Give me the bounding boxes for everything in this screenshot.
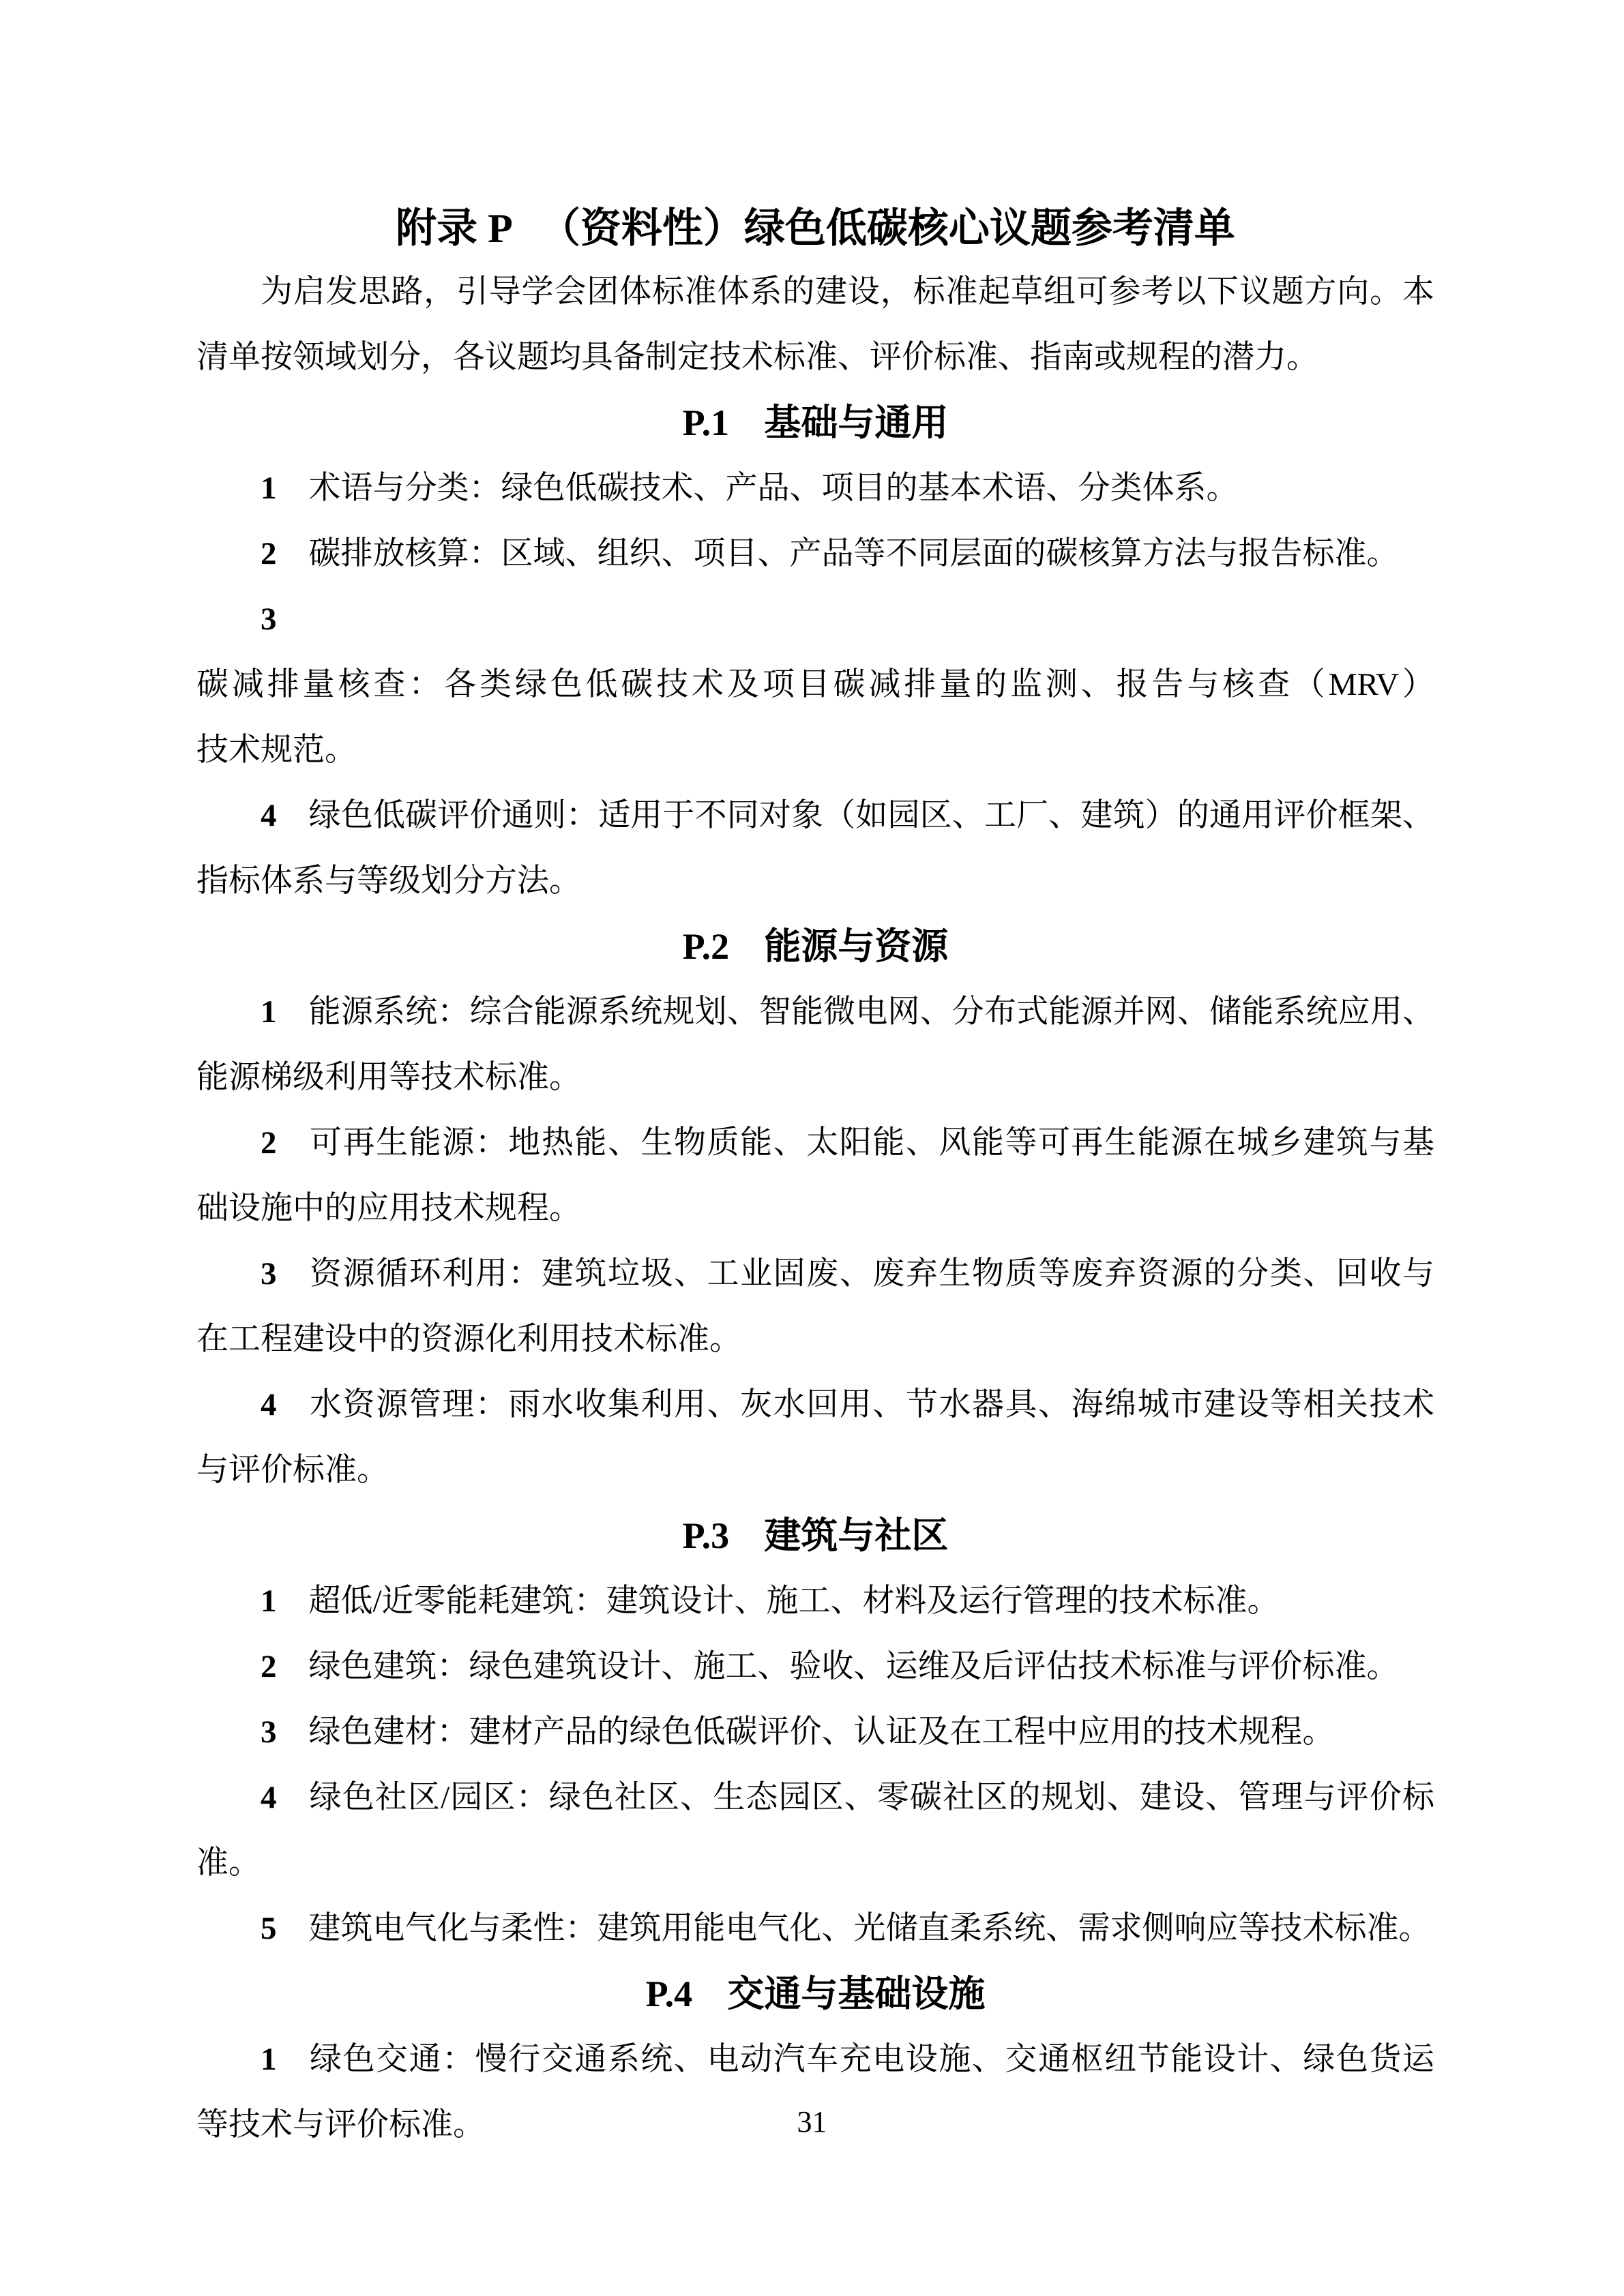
section-label: 交通与基础设施 [727,1973,985,2014]
item-line: 2绿色建筑：绿色建筑设计、施工、验收、运维及后评估技术标准与评价标准。 [196,1634,1434,1699]
item-line: 4绿色社区/园区：绿色社区、生态园区、零碳社区的规划、建设、管理与评价标 [196,1765,1434,1830]
item-line: 4水资源管理：雨水收集利用、灰水回用、节水器具、海绵城市建设等相关技术 [196,1372,1434,1437]
list-item: 5建筑电气化与柔性：建筑用能电气化、光储直柔系统、需求侧响应等技术标准。 [196,1896,1434,1961]
section-number: P.1 [683,402,730,443]
item-line: 与评价标准。 [196,1437,1434,1503]
item-number: 1 [261,456,309,521]
section-heading: P.3建筑与社区 [196,1503,1434,1568]
item-number: 1 [261,2027,309,2092]
list-item: 4绿色社区/园区：绿色社区、生态园区、零碳社区的规划、建设、管理与评价标准。 [196,1765,1434,1896]
item-number: 4 [261,1765,309,1830]
list-item: 3绿色建材：建材产品的绿色低碳评价、认证及在工程中应用的技术规程。 [196,1699,1434,1765]
section-heading: P.4交通与基础设施 [196,1961,1434,2027]
section-heading: P.1基础与通用 [196,390,1434,456]
sections-container: P.1基础与通用 1术语与分类：绿色低碳技术、产品、项目的基本术语、分类体系。2… [196,390,1434,2158]
item-number: 2 [261,521,309,586]
intro-line: 为启发思路，引导学会团体标准体系的建设，标准起草组可参考以下议题方向。本 [196,259,1434,325]
item-number: 2 [261,1634,309,1699]
item-line: 3绿色建材：建材产品的绿色低碳评价、认证及在工程中应用的技术规程。 [196,1699,1434,1765]
item-line: 1能源系统：综合能源系统规划、智能微电网、分布式能源并网、储能系统应用、 [196,979,1434,1045]
section-label: 建筑与社区 [764,1515,948,1556]
list-item: 4水资源管理：雨水收集利用、灰水回用、节水器具、海绵城市建设等相关技术与评价标准… [196,1372,1434,1503]
appendix-title: 附录 P（资料性）绿色低碳核心议题参考清单 [196,198,1434,259]
list-item: 1术语与分类：绿色低碳技术、产品、项目的基本术语、分类体系。 [196,456,1434,521]
item-number: 4 [261,783,309,848]
list-item: 4绿色低碳评价通则：适用于不同对象（如园区、工厂、建筑）的通用评价框架、指标体系… [196,783,1434,914]
item-number: 4 [261,1372,309,1437]
appendix-label: 附录 P [396,206,513,251]
list-item: 2碳排放核算：区域、组织、项目、产品等不同层面的碳核算方法与报告标准。 [196,521,1434,586]
list-item: 2绿色建筑：绿色建筑设计、施工、验收、运维及后评估技术标准与评价标准。 [196,1634,1434,1699]
appendix-title-text: （资料性）绿色低碳核心议题参考清单 [540,205,1235,251]
section: P.1基础与通用 1术语与分类：绿色低碳技术、产品、项目的基本术语、分类体系。2… [196,390,1434,914]
item-line: 2碳排放核算：区域、组织、项目、产品等不同层面的碳核算方法与报告标准。 [196,521,1434,586]
item-line: 3资源循环利用：建筑垃圾、工业固废、废弃生物质等废弃资源的分类、回收与 [196,1241,1434,1307]
intro-line: 清单按领域划分，各议题均具备制定技术标准、评价标准、指南或规程的潜力。 [196,325,1434,390]
item-number: 1 [261,979,309,1045]
list-item: 3资源循环利用：建筑垃圾、工业固废、废弃生物质等废弃资源的分类、回收与在工程建设… [196,1241,1434,1372]
item-line: 础设施中的应用技术规程。 [196,1176,1434,1241]
item-number: 1 [261,1568,309,1634]
list-item: 1能源系统：综合能源系统规划、智能微电网、分布式能源并网、储能系统应用、能源梯级… [196,979,1434,1110]
item-line: 准。 [196,1830,1434,1896]
list-item: 3碳减排量核查：各类绿色低碳技术及项目碳减排量的监测、报告与核查（MRV）技术规… [196,586,1434,783]
item-number: 3 [261,586,309,652]
item-number: 3 [261,1699,309,1765]
document-page: 附录 P（资料性）绿色低碳核心议题参考清单 为启发思路，引导学会团体标准体系的建… [0,0,1624,2296]
item-number: 3 [261,1241,309,1307]
item-number: 5 [261,1896,309,1961]
list-item: 2可再生能源：地热能、生物质能、太阳能、风能等可再生能源在城乡建筑与基础设施中的… [196,1110,1434,1241]
page-content: 附录 P（资料性）绿色低碳核心议题参考清单 为启发思路，引导学会团体标准体系的建… [196,198,1434,2158]
section-number: P.4 [646,1973,693,2014]
item-line: 3碳减排量核查：各类绿色低碳技术及项目碳减排量的监测、报告与核查（MRV） [196,586,1434,717]
item-line: 1超低/近零能耗建筑：建筑设计、施工、材料及运行管理的技术标准。 [196,1568,1434,1634]
item-line: 技术规范。 [196,717,1434,783]
item-line: 1绿色交通：慢行交通系统、电动汽车充电设施、交通枢纽节能设计、绿色货运 [196,2027,1434,2092]
section-number: P.2 [683,926,730,967]
page-number: 31 [0,2104,1624,2140]
item-line: 2可再生能源：地热能、生物质能、太阳能、风能等可再生能源在城乡建筑与基 [196,1110,1434,1176]
item-number: 2 [261,1110,309,1176]
item-line: 1术语与分类：绿色低碳技术、产品、项目的基本术语、分类体系。 [196,456,1434,521]
item-line: 5建筑电气化与柔性：建筑用能电气化、光储直柔系统、需求侧响应等技术标准。 [196,1896,1434,1961]
section-label: 基础与通用 [764,402,948,443]
section-number: P.3 [683,1515,730,1556]
section: P.3建筑与社区 1超低/近零能耗建筑：建筑设计、施工、材料及运行管理的技术标准… [196,1503,1434,1961]
section: P.2能源与资源 1能源系统：综合能源系统规划、智能微电网、分布式能源并网、储能… [196,914,1434,1503]
item-line: 在工程建设中的资源化利用技术标准。 [196,1307,1434,1372]
list-item: 1超低/近零能耗建筑：建筑设计、施工、材料及运行管理的技术标准。 [196,1568,1434,1634]
item-line: 能源梯级利用等技术标准。 [196,1045,1434,1110]
section-heading: P.2能源与资源 [196,914,1434,979]
intro-paragraph: 为启发思路，引导学会团体标准体系的建设，标准起草组可参考以下议题方向。本 清单按… [196,259,1434,390]
item-line: 指标体系与等级划分方法。 [196,848,1434,914]
section-label: 能源与资源 [764,926,948,967]
item-line: 4绿色低碳评价通则：适用于不同对象（如园区、工厂、建筑）的通用评价框架、 [196,783,1434,848]
